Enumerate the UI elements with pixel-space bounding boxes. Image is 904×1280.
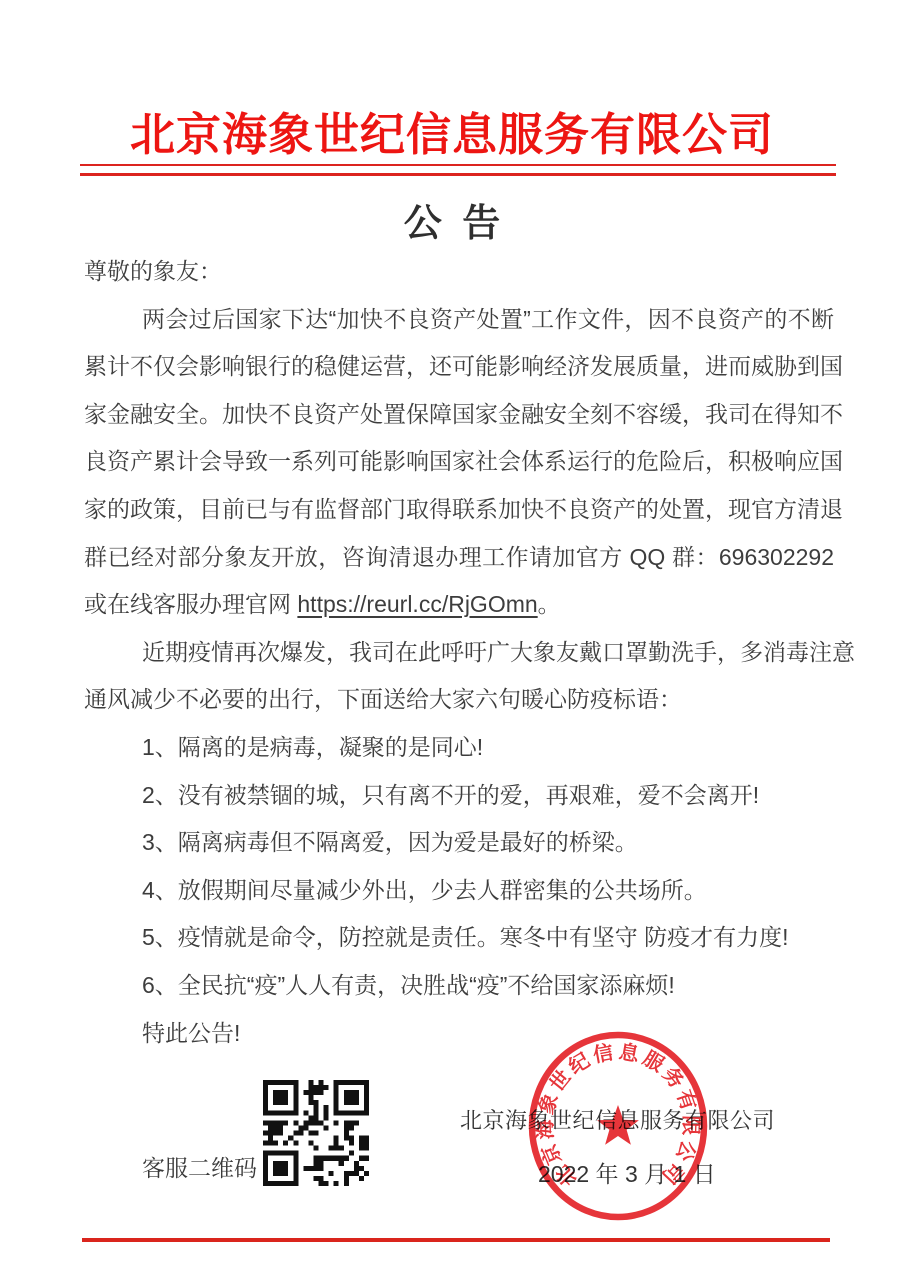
document-line: 尊敬的象友： — [84, 248, 834, 296]
company-official-seal: 北京海象世纪信息服务有限公司 — [527, 1030, 709, 1222]
document-line: 或在线客服办理官网 https://reurl.cc/RjGOmn。 — [84, 581, 834, 629]
announcement-page: 北京海象世纪信息服务有限公司 公 告 尊敬的象友：两会过后国家下达“加快不良资产… — [0, 0, 904, 1280]
document-body: 尊敬的象友：两会过后国家下达“加快不良资产处置”工作文件，因不良资产的不断累计不… — [84, 248, 834, 1057]
document-line: 特此公告! — [84, 1010, 834, 1058]
document-line: 6、全民抗“疫”人人有责，决胜战“疫”不给国家添麻烦! — [84, 962, 834, 1010]
document-line: 累计不仅会影响银行的稳健运营，还可能影响经济发展质量，进而威胁到国 — [84, 343, 834, 391]
link-prefix-text: 或在线客服办理官网 — [84, 591, 297, 617]
seal-star-icon — [597, 1105, 639, 1145]
document-line: 5、疫情就是命令，防控就是责任。寒冬中有坚守 防疫才有力度! — [84, 914, 834, 962]
announcement-heading: 公 告 — [0, 192, 904, 247]
document-line: 两会过后国家下达“加快不良资产处置”工作文件，因不良资产的不断 — [84, 296, 834, 344]
company-letterhead: 北京海象世纪信息服务有限公司 — [0, 98, 904, 163]
document-line: 4、放假期间尽量减少外出，少去人群密集的公共场所。 — [84, 867, 834, 915]
document-line: 近期疫情再次爆发，我司在此呼吁广大象友戴口罩勤洗手，多消毒注意 — [84, 629, 834, 677]
letterhead-double-rule — [80, 164, 836, 176]
document-line: 通风减少不必要的出行，下面送给大家六句暖心防疫标语： — [84, 676, 834, 724]
document-line: 良资产累计会导致一系列可能影响国家社会体系运行的危险后，积极响应国 — [84, 438, 834, 486]
official-site-link[interactable]: https://reurl.cc/RjGOmn — [297, 591, 537, 617]
document-line: 家的政策，目前已与有监督部门取得联系加快不良资产的处置，现官方清退 — [84, 486, 834, 534]
customer-service-qr-code — [263, 1080, 369, 1186]
link-suffix-text: 。 — [538, 591, 561, 617]
document-line: 3、隔离病毒但不隔离爱，因为爱是最好的桥梁。 — [84, 819, 834, 867]
document-line: 群已经对部分象友开放，咨询清退办理工作请加官方 QQ 群：696302292 — [84, 534, 834, 582]
document-line: 家金融安全。加快不良资产处置保障国家金融安全刻不容缓，我司在得知不 — [84, 391, 834, 439]
document-line: 1、隔离的是病毒，凝聚的是同心! — [84, 724, 834, 772]
document-line: 2、没有被禁锢的城，只有离不开的爱，再艰难，爱不会离开! — [84, 772, 834, 820]
qr-code-label: 客服二维码 — [142, 1150, 257, 1183]
footer-red-rule — [82, 1238, 830, 1242]
